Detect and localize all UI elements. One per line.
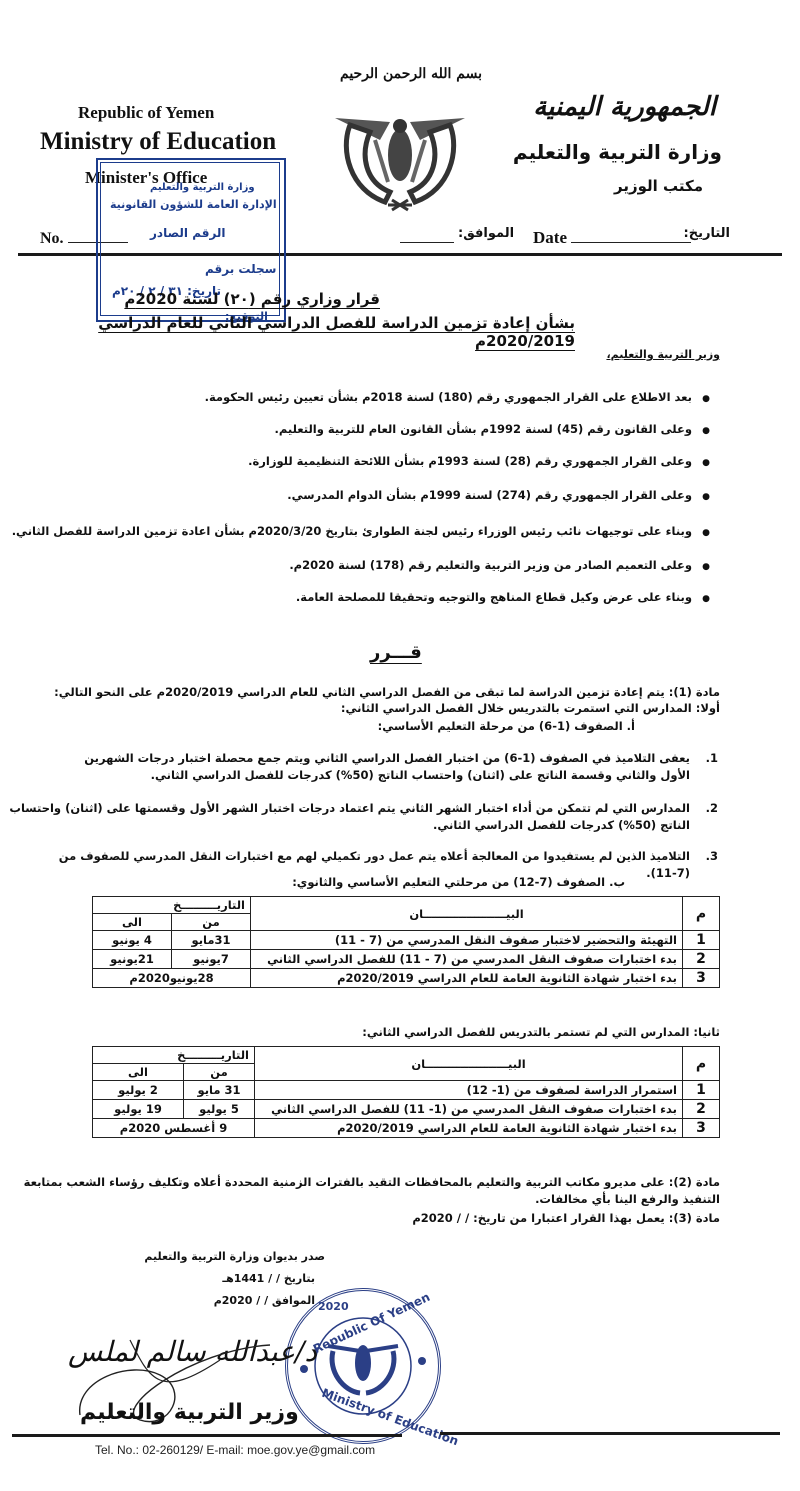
preamble-item: ●وبناء على توجيهات نائب رئيس الوزراء رئي… xyxy=(0,524,720,538)
corresponding-field: الموافق: xyxy=(458,226,514,241)
col-num-header: م xyxy=(683,897,720,931)
decree-subject: بشأن إعادة تزمين الدراسة للفصل الدراسي ا… xyxy=(0,314,575,350)
preamble-item: ●وعلى القرار الجمهوري رقم (274) لسنة 199… xyxy=(287,488,720,502)
minister-title: وزير التربية والتعليم xyxy=(80,1400,299,1425)
schedule-table-2: م البيـــــــــــــــــــــان التاريــــ… xyxy=(92,1046,720,1138)
header-ministry-en: Ministry of Education xyxy=(40,128,276,156)
corresponding-line xyxy=(400,242,454,243)
col-date-header: التاريـــــــــخ xyxy=(93,897,251,914)
footer-contact: Tel. No.: 02-260129/ E-mail: moe.gov.ye@… xyxy=(95,1443,375,1457)
article-2: مادة (2): على مديرو مكاتب التربية والتعل… xyxy=(5,1174,720,1208)
col-statement-header: البيـــــــــــــــــــــان xyxy=(255,1047,683,1081)
schedule-table-1: م البيـــــــــــــــــــــان التاريــــ… xyxy=(92,896,720,988)
preamble-item: ●وعلى القرار الجمهوري رقم (28) لسنة 1993… xyxy=(160,454,720,468)
article-3: مادة (3): يعمل بهذا القرار اعتبارا من تا… xyxy=(412,1210,720,1227)
section-b-heading: ب. الصفوف (7-12) من مرحلتي التعليم الأسا… xyxy=(292,874,625,891)
basmala: بسم الله الرحمن الرحيم xyxy=(340,66,482,82)
col-date-header: التاريـــــــــخ xyxy=(93,1047,255,1064)
header-country-ar: الجمهورية اليمنية xyxy=(533,92,716,122)
stamp-line-department: الإدارة العامة للشؤون القانونية xyxy=(110,198,277,211)
preamble-item: ●وعلى القانون رقم (45) لسنة 1992م بشأن ا… xyxy=(275,422,720,436)
section-a-item-1: 1. يعفى التلاميذ في الصفوف (1-6) من اختب… xyxy=(65,750,690,784)
preamble-item: ●وبناء على عرض وكيل قطاع المناهج والتوجي… xyxy=(296,590,720,604)
header-country-en: Republic of Yemen xyxy=(78,103,214,123)
date-field-en: Date xyxy=(533,228,691,248)
yemen-eagle-emblem-icon xyxy=(330,110,470,215)
header-office-ar: مكتب الوزير xyxy=(614,177,703,195)
footer-divider-left xyxy=(12,1434,402,1437)
table-row: 1 استمرار الدراسة لصفوف من (1- 12) 31 ما… xyxy=(93,1081,720,1100)
seal-year: 2020 xyxy=(318,1300,349,1313)
col-num-header: م xyxy=(683,1047,720,1081)
table-row: 3 بدء اختبار شهادة الثانوية العامة للعام… xyxy=(93,969,720,988)
section-a-heading: أ. الصفوف (1-6) من مرحلة التعليم الأساسي… xyxy=(378,718,635,735)
table-row: 2 بدء اختبارات صفوف النقل المدرسي من (1-… xyxy=(93,1100,720,1119)
decides-heading: قـــرر xyxy=(370,642,422,663)
first-category: أولا: المدارس التي استمرت بالتدريس خلال … xyxy=(20,700,720,717)
section-a-item-2: 2. المدارس التي لم تتمكن من أداء اختبار … xyxy=(0,800,690,834)
preamble-item: ●بعد الاطلاع على القرار الجمهوري رقم (18… xyxy=(160,390,720,404)
number-label: No. xyxy=(40,230,64,247)
stamp-line-outgoing: الرقم الصادر xyxy=(150,226,226,240)
table-row: 2 بدء اختبارات صفوف النقل المدرسي من (7 … xyxy=(93,950,720,969)
col-to-header: الى xyxy=(93,1064,184,1081)
col-statement-header: البيـــــــــــــــــــــان xyxy=(251,897,683,931)
date-label-en: Date xyxy=(533,228,567,247)
col-from-header: من xyxy=(184,1064,255,1081)
stamp-line-ministry: وزارة التربية والتعليم xyxy=(150,182,255,193)
decree-title: قرار وزاري رقم (٢٠) لسنة 2020م xyxy=(124,290,380,308)
article-1: مادة (1): يتم إعادة تزمين الدراسة لما تب… xyxy=(20,684,720,701)
date-label-ar: التاريخ: xyxy=(684,226,730,241)
stamp-line-registered: سجلت برقم xyxy=(205,262,276,276)
issued-line-1: صدر بديوان وزارة التربية والتعليم xyxy=(144,1248,325,1265)
header-ministry-ar: وزارة التربية والتعليم xyxy=(513,140,722,164)
col-to-header: الى xyxy=(93,914,172,931)
issued-line-hijri: بتاريخ / / 1441هـ xyxy=(222,1270,315,1287)
col-from-header: من xyxy=(172,914,251,931)
second-category: ثانيا: المدارس التي لم تستمر بالتدريس لل… xyxy=(362,1024,720,1041)
footer-divider-right xyxy=(440,1432,780,1435)
preamble-item: ●وعلى التعميم الصادر من وزير التربية وال… xyxy=(289,558,720,572)
table-row: 3 بدء اختبار شهادة الثانوية العامة للعام… xyxy=(93,1119,720,1138)
table-row: 1 التهيئة والتحضير لاختبار صفوف النقل ال… xyxy=(93,931,720,950)
addressee: وزير التربية والتعليم، xyxy=(606,348,720,361)
